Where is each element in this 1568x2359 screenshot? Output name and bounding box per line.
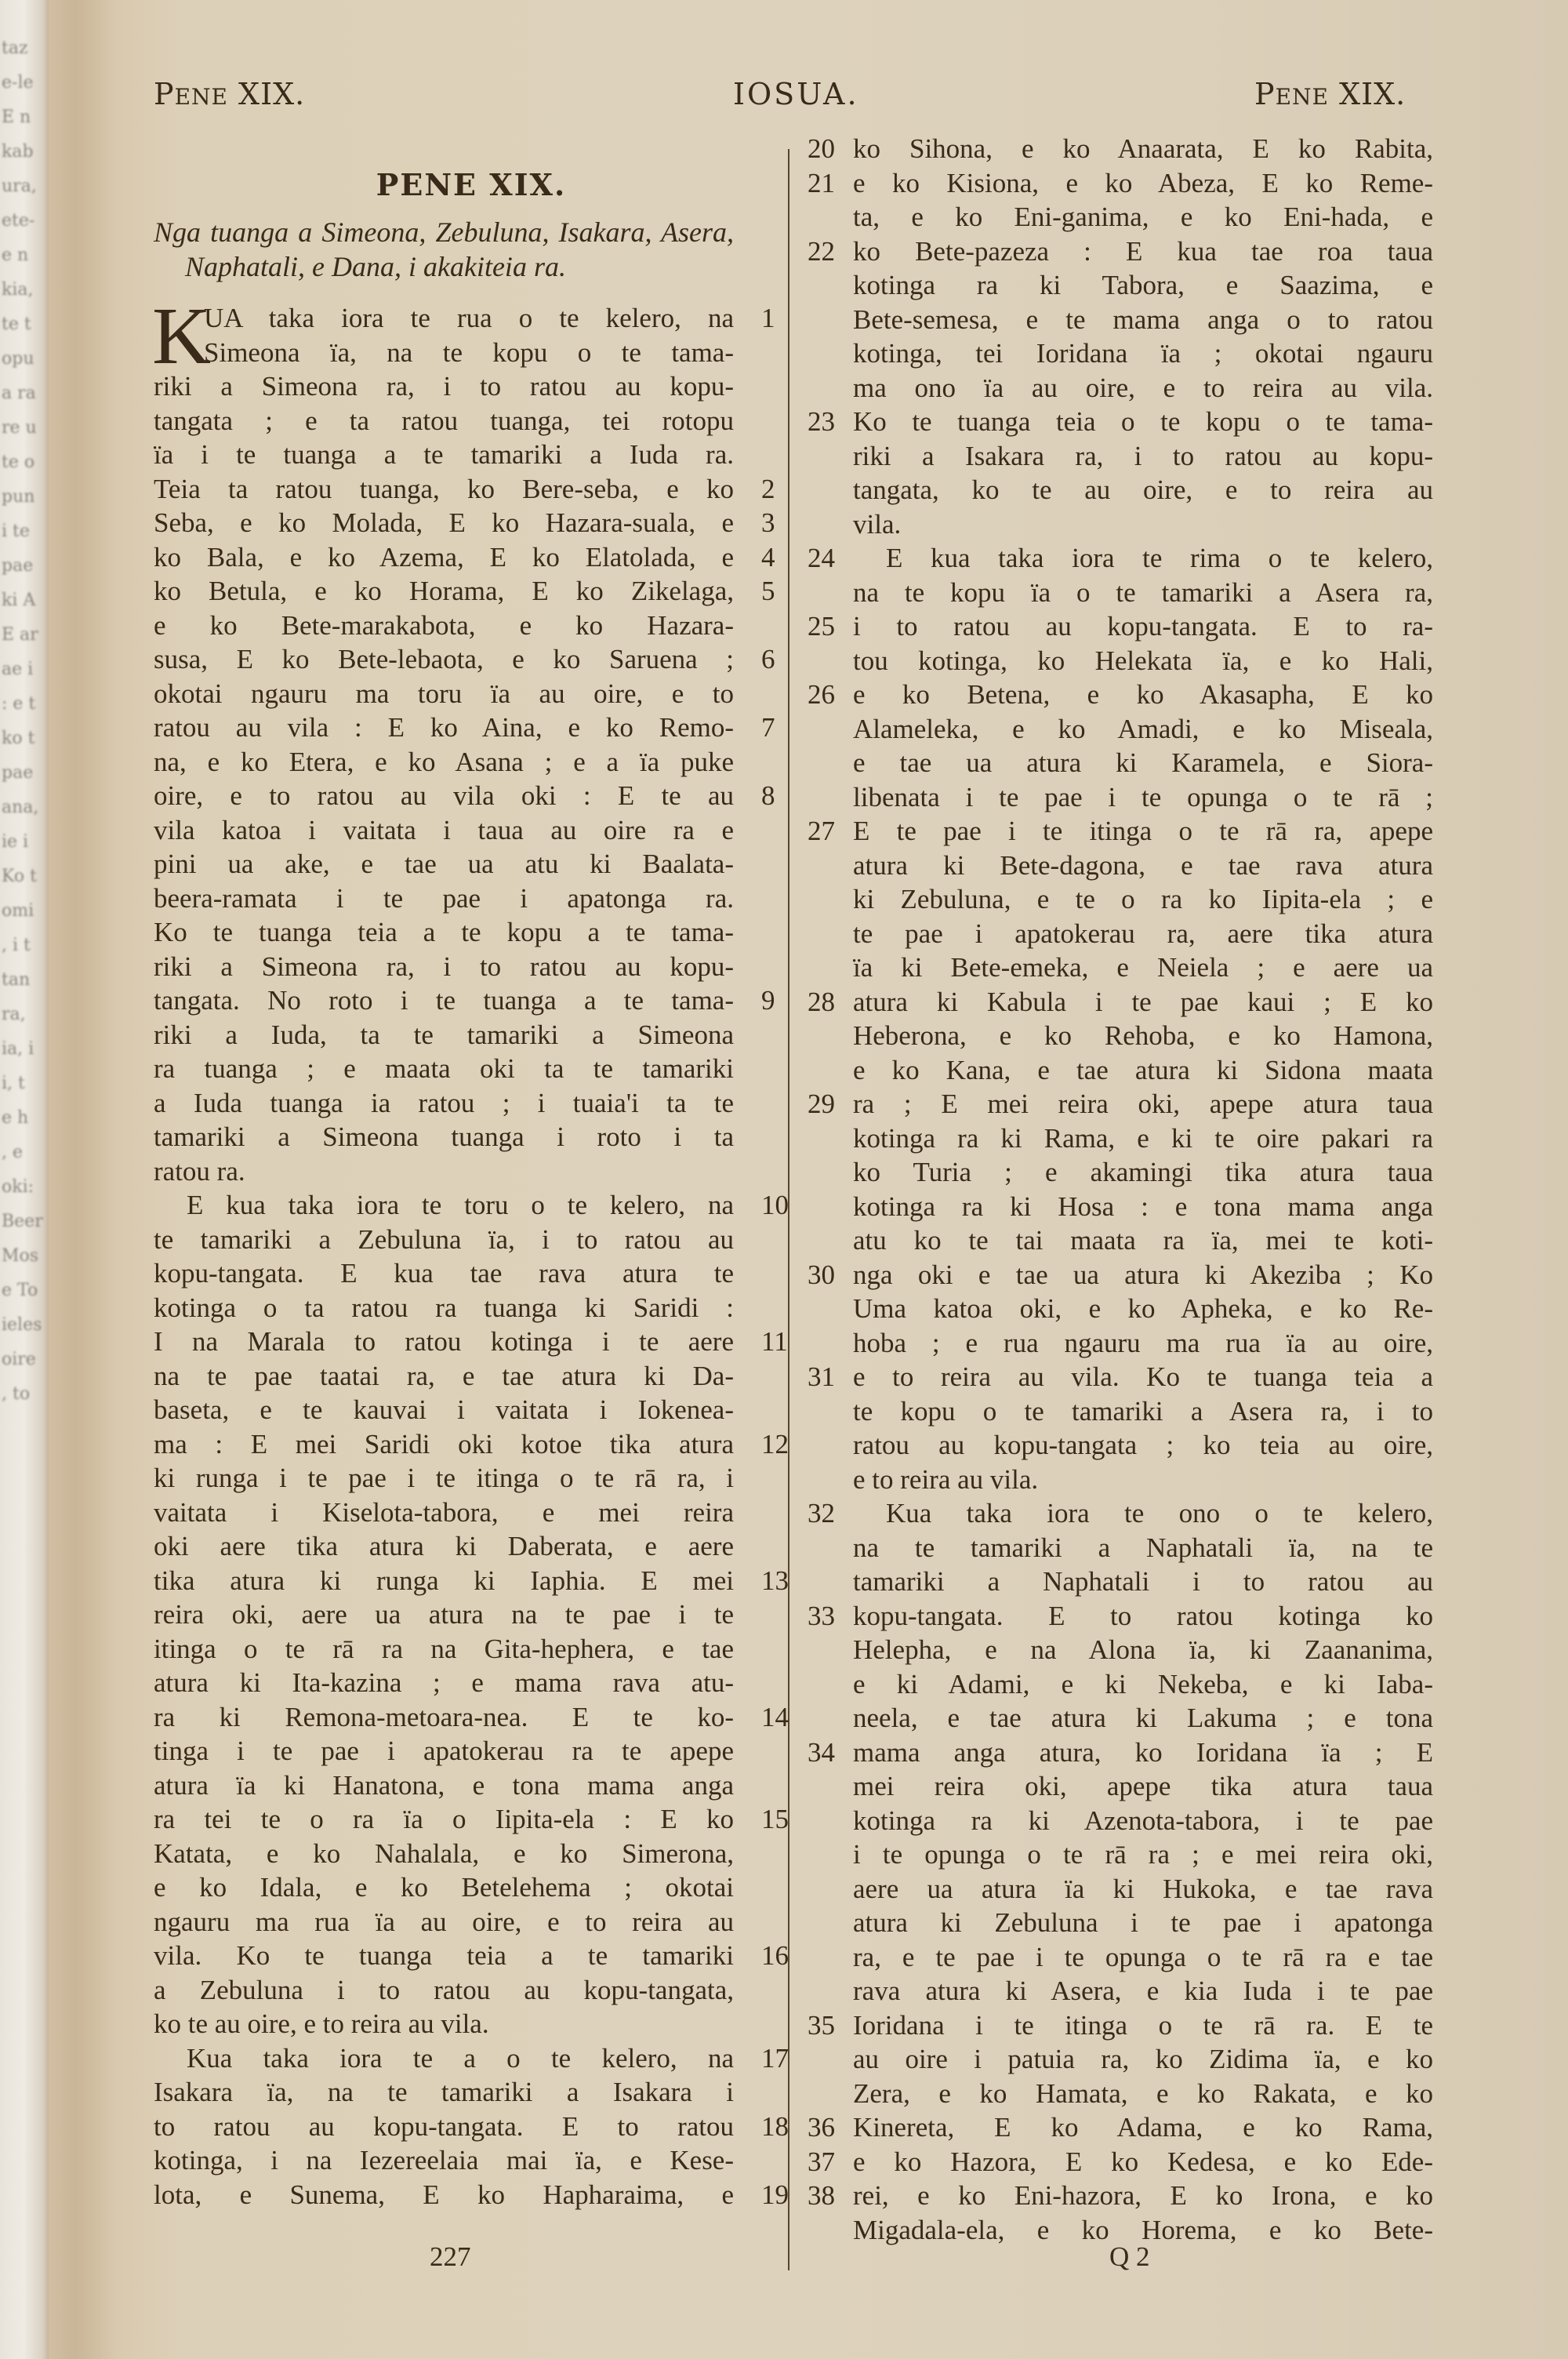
text-line: 25i to ratou au kopu-tangata. E to ra- — [808, 609, 1435, 644]
verse-number: 31 — [808, 1360, 850, 1394]
text-line: 35Ioridana i te itinga o te rā ra. E te — [808, 2008, 1435, 2043]
line-text: kotinga ra ki Azenota-tabora, i te pae — [853, 1804, 1433, 1838]
line-text: vila katoa i vaitata i taua au oire ra e — [154, 813, 734, 848]
line-text: kotinga o ta ratou ra tuanga ki Saridi : — [154, 1291, 734, 1325]
text-line: 23Ko te tuanga teia o te kopu o te tama- — [808, 405, 1435, 439]
line-text: mama anga atura, ko Ioridana ïa ; E — [853, 1736, 1433, 1770]
line-text: itinga o te rā ra na Gita-hephera, e tae — [154, 1632, 734, 1667]
text-line: E kua taka iora te toru o te kelero, na1… — [154, 1188, 734, 1223]
text-line: pini ua ake, e tae ua atu ki Baalata- — [154, 847, 734, 881]
line-text: baseta, e te kauvai i vaitata i Iokenea- — [154, 1393, 734, 1427]
text-line: te kopu o te tamariki a Asera ra, i to — [808, 1394, 1435, 1429]
line-text: to ratou au kopu-tangata. E to ratou — [154, 2110, 734, 2144]
line-text: na te pae taatai ra, e tae atura ki Da- — [154, 1359, 734, 1394]
text-line: ïa ki Bete-emeka, e Neiela ; e aere ua — [808, 951, 1435, 985]
line-text: Kinereta, E ko Adama, e ko Rama, — [853, 2110, 1433, 2145]
line-text: Kua taka iora te ono o te kelero, — [853, 1496, 1433, 1531]
text-line: ratou au vila : E ko Aina, e ko Remo-7 — [154, 711, 734, 745]
line-text: atura ki Kabula i te pae kaui ; E ko — [853, 985, 1433, 1020]
text-line: 33kopu-tangata. E to ratou kotinga ko — [808, 1599, 1435, 1634]
text-line: riki a Isakara ra, i to ratou au kopu- — [808, 439, 1435, 474]
text-line: 28atura ki Kabula i te pae kaui ; E ko — [808, 985, 1435, 1020]
line-text: ko Turia ; e akamingi tika atura taua — [853, 1155, 1433, 1190]
line-text: riki a Iuda, ta te tamariki a Simeona — [154, 1018, 734, 1052]
line-text: e to reira au vila. Ko te tuanga teia a — [853, 1360, 1433, 1394]
line-text: atura ïa ki Hanatona, e tona mama anga — [154, 1768, 734, 1803]
text-line: libenata i te pae i te opunga o te rā ; — [808, 780, 1435, 815]
verse-number: 33 — [808, 1599, 850, 1634]
line-text: okotai ngauru ma toru ïa au oire, e to — [154, 677, 734, 711]
text-line: Uma katoa oki, e ko Apheka, e ko Re- — [808, 1292, 1435, 1326]
text-line: kotinga, i na Iezereelaia mai ïa, e Kese… — [154, 2143, 734, 2178]
line-text: na, e ko Etera, e ko Asana ; e a ïa puke — [154, 745, 734, 780]
line-text: kopu-tangata. E kua tae rava atura te — [154, 1256, 734, 1291]
line-text: atura ki Zebuluna i te pae i apatonga — [853, 1906, 1433, 1940]
verse-number: 38 — [808, 2179, 850, 2213]
text-line: vila katoa i vaitata i taua au oire ra e — [154, 813, 734, 848]
text-line: ta, e ko Eni-ganima, e ko Eni-hada, e — [808, 200, 1435, 234]
line-text: UA taka iora te rua o te kelero, na — [154, 301, 734, 336]
verse-number: 20 — [808, 132, 850, 166]
text-line: kotinga ra ki Hosa : e tona mama anga — [808, 1190, 1435, 1224]
line-text: vaitata i Kiselota-tabora, e mei reira — [154, 1496, 734, 1530]
text-line: ra, e te pae i te opunga o te rā ra e ta… — [808, 1940, 1435, 1975]
right-column: 20ko Sihona, e ko Anaarata, E ko Rabita,… — [808, 132, 1435, 2247]
text-line: kotinga, tei Ioridana ïa ; okotai ngauru — [808, 336, 1435, 371]
text-line: ïa i te tuanga a te tamariki a Iuda ra. — [154, 438, 734, 472]
text-line: 38rei, e ko Eni-hazora, E ko Irona, e ko — [808, 2179, 1435, 2213]
line-text: ta, e ko Eni-ganima, e ko Eni-hada, e — [853, 200, 1433, 234]
text-line: kotinga ra ki Tabora, e Saazima, e — [808, 268, 1435, 303]
verse-number: 25 — [808, 609, 850, 644]
line-text: beera-ramata i te pae i apatonga ra. — [154, 881, 734, 916]
text-line: kopu-tangata. E kua tae rava atura te — [154, 1256, 734, 1291]
line-text: neela, e tae atura ki Lakuma ; e tona — [853, 1701, 1433, 1736]
verse-number: 23 — [808, 405, 850, 439]
text-line: okotai ngauru ma toru ïa au oire, e to — [154, 677, 734, 711]
line-text: atu ko te tai maata ra ïa, mei te koti- — [853, 1223, 1433, 1258]
verse-number: 22 — [808, 234, 850, 269]
text-line: na te kopu ïa o te tamariki a Asera ra, — [808, 576, 1435, 610]
line-text: rei, e ko Eni-hazora, E ko Irona, e ko — [853, 2179, 1433, 2213]
text-line: atura ïa ki Hanatona, e tona mama anga — [154, 1768, 734, 1803]
text-line: na te pae taatai ra, e tae atura ki Da- — [154, 1359, 734, 1394]
text-line: riki a Simeona ra, i to ratou au kopu- — [154, 369, 734, 404]
text-line: lota, e Sunema, E ko Hapharaima, e19 — [154, 2178, 734, 2212]
line-text: na te tamariki a Naphatali ïa, na te — [853, 1531, 1433, 1565]
line-text: aere ua atura ïa ki Hukoka, e tae rava — [853, 1872, 1433, 1906]
line-text: oki aere tika atura ki Daberata, e aere — [154, 1529, 734, 1564]
line-text: kotinga ra ki Tabora, e Saazima, e — [853, 268, 1433, 303]
line-text: e ko Kana, e tae atura ki Sidona maata — [853, 1053, 1433, 1088]
line-text: I na Marala to ratou kotinga i te aere — [154, 1325, 734, 1359]
text-line: susa, E ko Bete-lebaota, e ko Saruena ;6 — [154, 642, 734, 677]
text-line: i te opunga o te rā ra ; e mei reira oki… — [808, 1837, 1435, 1872]
line-text: Teia ta ratou tuanga, ko Bere-seba, e ko — [154, 472, 734, 507]
text-line: atu ko te tai maata ra ïa, mei te koti- — [808, 1223, 1435, 1258]
text-line: 34mama anga atura, ko Ioridana ïa ; E — [808, 1736, 1435, 1770]
line-text: e ko Idala, e ko Betelehema ; okotai — [154, 1870, 734, 1905]
text-line: vila. Ko te tuanga teia a te tamariki16 — [154, 1939, 734, 1973]
text-line: 27E te pae i te itinga o te rā ra, apepe — [808, 814, 1435, 849]
line-text: atura ki Bete-dagona, e tae rava atura — [853, 849, 1433, 883]
text-line: Simeona ïa, na te kopu o te tama- — [154, 336, 734, 370]
text-line: beera-ramata i te pae i apatonga ra. — [154, 881, 734, 916]
text-line: tangata. No roto i te tuanga a te tama-9 — [154, 983, 734, 1018]
line-text: i te opunga o te rā ra ; e mei reira oki… — [853, 1837, 1433, 1872]
text-line: Bete-semesa, e te mama anga o to ratou — [808, 303, 1435, 337]
line-text: susa, E ko Bete-lebaota, e ko Saruena ; — [154, 642, 734, 677]
text-line: UA taka iora te rua o te kelero, na1 — [154, 301, 734, 336]
text-line: 30nga oki e tae ua atura ki Akeziba ; Ko — [808, 1258, 1435, 1292]
text-line: I na Marala to ratou kotinga i te aere11 — [154, 1325, 734, 1359]
line-text: tamariki a Naphatali i to ratou au — [853, 1565, 1433, 1599]
line-text: Ko te tuanga teia a te kopu a te tama- — [154, 915, 734, 950]
text-line: Teia ta ratou tuanga, ko Bere-seba, e ko… — [154, 472, 734, 507]
text-line: to ratou au kopu-tangata. E to ratou18 — [154, 2110, 734, 2144]
verse-number: 32 — [808, 1496, 850, 1531]
line-text: riki a Isakara ra, i to ratou au kopu- — [853, 439, 1433, 474]
text-line: reira oki, aere ua atura na te pae i te — [154, 1598, 734, 1632]
text-line: aere ua atura ïa ki Hukoka, e tae rava — [808, 1872, 1435, 1906]
text-line: ratou au kopu-tangata ; ko teia au oire, — [808, 1428, 1435, 1463]
text-line: e ko Idala, e ko Betelehema ; okotai — [154, 1870, 734, 1905]
line-text: ratou au kopu-tangata ; ko teia au oire, — [853, 1428, 1433, 1463]
verse-number: 28 — [808, 985, 850, 1020]
text-line: hoba ; e rua ngauru ma rua ïa au oire, — [808, 1326, 1435, 1361]
line-text: e ko Kisiona, e ko Abeza, E ko Reme- — [853, 166, 1433, 201]
running-head-book-title: IOSUA. — [733, 77, 859, 111]
line-text: Simeona ïa, na te kopu o te tama- — [154, 336, 734, 370]
text-line: Ko te tuanga teia a te kopu a te tama- — [154, 915, 734, 950]
line-text: ngauru ma rua ïa au oire, e to reira au — [154, 1905, 734, 1939]
line-text: ra ki Remona-metoara-nea. E te ko- — [154, 1700, 734, 1735]
text-line: Helepha, e na Alona ïa, ki Zaananima, — [808, 1633, 1435, 1667]
text-line: 21e ko Kisiona, e ko Abeza, E ko Reme- — [808, 166, 1435, 201]
line-text: a Zebuluna i to ratou au kopu-tangata, — [154, 1973, 734, 2008]
text-line: e ki Adami, e ki Nekeba, e ki Iaba- — [808, 1667, 1435, 1702]
line-text: tou kotinga, ko Helekata ïa, e ko Hali, — [853, 644, 1433, 678]
line-text: Kua taka iora te a o te kelero, na — [154, 2041, 734, 2076]
text-line: mei reira oki, apepe tika atura taua — [808, 1769, 1435, 1804]
text-line: ma : E mei Saridi oki kotoe tika atura12 — [154, 1427, 734, 1462]
text-line: atura ki Ita-kazina ; e mama rava atu- — [154, 1666, 734, 1700]
text-line: vaitata i Kiselota-tabora, e mei reira — [154, 1496, 734, 1530]
text-line: Isakara ïa, na te tamariki a Isakara i — [154, 2075, 734, 2110]
line-text: i to ratou au kopu-tangata. E to ra- — [853, 609, 1433, 644]
line-text: tangata ; e ta ratou tuanga, tei rotopu — [154, 404, 734, 438]
text-line: 26e ko Betena, e ko Akasapha, E ko — [808, 678, 1435, 712]
line-text: ko Bala, e ko Azema, E ko Elatolada, e — [154, 540, 734, 575]
line-text: ra tuanga ; e maata oki ta te tamariki — [154, 1052, 734, 1086]
text-line: e ko Kana, e tae atura ki Sidona maata — [808, 1053, 1435, 1088]
text-line: ko te au oire, e to reira au vila. — [154, 2007, 734, 2041]
line-text: hoba ; e rua ngauru ma rua ïa au oire, — [853, 1326, 1433, 1361]
text-line: ratou ra. — [154, 1154, 734, 1189]
line-text: ïa ki Bete-emeka, e Neiela ; e aere ua — [853, 951, 1433, 985]
line-text: oire, e to ratou au vila oki : E te au — [154, 779, 734, 813]
line-text: e ko Bete-marakabota, e ko Hazara- — [154, 609, 734, 643]
text-line: kotinga ra ki Azenota-tabora, i te pae — [808, 1804, 1435, 1838]
line-text: ko te au oire, e to reira au vila. — [154, 2007, 734, 2041]
text-line: tamariki a Simeona tuanga i roto i ta — [154, 1120, 734, 1154]
line-text: a Iuda tuanga ia ratou ; i tuaia'i ta te — [154, 1086, 734, 1121]
line-text: Ioridana i te itinga o te rā ra. E te — [853, 2008, 1433, 2043]
line-text: ïa i te tuanga a te tamariki a Iuda ra. — [154, 438, 734, 472]
book-title-text: IOSUA. — [733, 77, 859, 111]
text-line: ko Betula, e ko Horama, E ko Zikelaga,5 — [154, 574, 734, 609]
verse-number: 29 — [808, 1087, 850, 1121]
line-text: te kopu o te tamariki a Asera ra, i to — [853, 1394, 1433, 1429]
text-line: 22ko Bete-pazeza : E kua tae roa taua — [808, 234, 1435, 269]
text-line: 32Kua taka iora te ono o te kelero, — [808, 1496, 1435, 1531]
line-text: ko Bete-pazeza : E kua tae roa taua — [853, 234, 1433, 269]
line-text: ki Zebuluna, e te o ra ko Iipita-ela ; e — [853, 882, 1433, 917]
text-line: 31e to reira au vila. Ko te tuanga teia … — [808, 1360, 1435, 1394]
chapter-summary: Nga tuanga a Simeona, Zebuluna, Isakara,… — [154, 216, 734, 284]
text-line: tika atura ki runga ki Iaphia. E mei13 — [154, 1564, 734, 1598]
verse-number: 26 — [808, 678, 850, 712]
line-text: tinga i te pae i apatokerau ra te apepe — [154, 1734, 734, 1768]
line-text: Heberona, e ko Rehoba, e ko Hamona, — [853, 1019, 1433, 1053]
text-line: 36Kinereta, E ko Adama, e ko Rama, — [808, 2110, 1435, 2145]
line-text: E te pae i te itinga o te rā ra, apepe — [853, 814, 1433, 849]
facing-page-blurred-text: taze-leE nkabura,ete-e nkia,te topua rar… — [2, 31, 45, 1412]
line-text: ko Sihona, e ko Anaarata, E ko Rabita, — [853, 132, 1433, 166]
line-text: ratou ra. — [154, 1154, 734, 1189]
line-text: e ko Betena, e ko Akasapha, E ko — [853, 678, 1433, 712]
line-text: kotinga, i na Iezereelaia mai ïa, e Kese… — [154, 2143, 734, 2178]
verse-number: 21 — [808, 166, 850, 201]
line-text: Helepha, e na Alona ïa, ki Zaananima, — [853, 1633, 1433, 1667]
text-line: 29ra ; E mei reira oki, apepe atura taua — [808, 1087, 1435, 1121]
line-text: ma : E mei Saridi oki kotoe tika atura — [154, 1427, 734, 1462]
text-line: e to reira au vila. — [808, 1463, 1435, 1497]
line-text: e to reira au vila. — [853, 1463, 1433, 1497]
text-line: oki aere tika atura ki Daberata, e aere — [154, 1529, 734, 1564]
line-text: ra ; E mei reira oki, apepe atura taua — [853, 1087, 1433, 1121]
line-text: libenata i te pae i te opunga o te rā ; — [853, 780, 1433, 815]
text-line: ra ki Remona-metoara-nea. E te ko-14 — [154, 1700, 734, 1735]
line-text: ko Betula, e ko Horama, E ko Zikelaga, — [154, 574, 734, 609]
line-text: Bete-semesa, e te mama anga o to ratou — [853, 303, 1433, 337]
line-text: kotinga ra ki Hosa : e tona mama anga — [853, 1190, 1433, 1224]
verse-number: 27 — [808, 814, 850, 849]
text-line: ra tei te o ra ïa o Iipita-ela : E ko15 — [154, 1802, 734, 1837]
line-text: kotinga, tei Ioridana ïa ; okotai ngauru — [853, 336, 1433, 371]
text-line: riki a Iuda, ta te tamariki a Simeona — [154, 1018, 734, 1052]
text-line: ko Turia ; e akamingi tika atura taua — [808, 1155, 1435, 1190]
verse-number: 35 — [808, 2008, 850, 2043]
text-line: itinga o te rā ra na Gita-hephera, e tae — [154, 1632, 734, 1667]
text-line: te pae i apatokerau ra, aere tika atura — [808, 917, 1435, 951]
line-text: reira oki, aere ua atura na te pae i te — [154, 1598, 734, 1632]
line-text: e ki Adami, e ki Nekeba, e ki Iaba- — [853, 1667, 1433, 1702]
text-line: 37e ko Hazora, E ko Kedesa, e ko Ede- — [808, 2145, 1435, 2179]
line-text: Ko te tuanga teia o te kopu o te tama- — [853, 405, 1433, 439]
text-line: a Iuda tuanga ia ratou ; i tuaia'i ta te — [154, 1086, 734, 1121]
text-line: Zera, e ko Hamata, e ko Rakata, e ko — [808, 2077, 1435, 2111]
line-text: ra, e te pae i te opunga o te rā ra e ta… — [853, 1940, 1433, 1975]
line-text: ra tei te o ra ïa o Iipita-ela : E ko — [154, 1802, 734, 1837]
text-line: e ko Bete-marakabota, e ko Hazara- — [154, 609, 734, 643]
text-line: Alameleka, e ko Amadi, e ko Miseala, — [808, 712, 1435, 747]
text-line: rava atura ki Asera, e kia Iuda i te pae — [808, 1974, 1435, 2008]
left-column-lines: UA taka iora te rua o te kelero, na1Sime… — [154, 301, 734, 2212]
running-head-right: PENE XIX. — [1254, 77, 1406, 111]
text-line: oire, e to ratou au vila oki : E te au8 — [154, 779, 734, 813]
line-text: Alameleka, e ko Amadi, e ko Miseala, — [853, 712, 1433, 747]
facing-page-curl: taze-leE nkabura,ete-e nkia,te topua rar… — [0, 0, 49, 2359]
line-text: riki a Simeona ra, i to ratou au kopu- — [154, 950, 734, 984]
running-head-left: PENE XIX. — [154, 77, 305, 111]
verse-number: 30 — [808, 1258, 850, 1292]
text-line: tangata ; e ta ratou tuanga, tei rotopu — [154, 404, 734, 438]
line-text: ki runga i te pae i te itinga o te rā ra… — [154, 1461, 734, 1496]
line-text: Seba, e ko Molada, E ko Hazara-suala, e — [154, 506, 734, 540]
text-line: 24E kua taka iora te rima o te kelero, — [808, 541, 1435, 576]
text-line: na, e ko Etera, e ko Asana ; e a ïa puke — [154, 745, 734, 780]
text-line: ki runga i te pae i te itinga o te rā ra… — [154, 1461, 734, 1496]
line-text: pini ua ake, e tae ua atu ki Baalata- — [154, 847, 734, 881]
line-text: atura ki Ita-kazina ; e mama rava atu- — [154, 1666, 734, 1700]
line-text: au oire i patuia ra, ko Zidima ïa, e ko — [853, 2042, 1433, 2077]
line-text: E kua taka iora te toru o te kelero, na — [154, 1188, 734, 1223]
text-line: ngauru ma rua ïa au oire, e to reira au — [154, 1905, 734, 1939]
line-text: Uma katoa oki, e ko Apheka, e ko Re- — [853, 1292, 1433, 1326]
line-text: Isakara ïa, na te tamariki a Isakara i — [154, 2075, 734, 2110]
line-text: mei reira oki, apepe tika atura taua — [853, 1769, 1433, 1804]
left-column: PENE XIX. Nga tuanga a Simeona, Zebuluna… — [154, 161, 734, 2212]
text-line: riki a Simeona ra, i to ratou au kopu- — [154, 950, 734, 984]
line-text: te pae i apatokerau ra, aere tika atura — [853, 917, 1433, 951]
line-text: vila. Ko te tuanga teia a te tamariki — [154, 1939, 734, 1973]
text-line: tinga i te pae i apatokerau ra te apepe — [154, 1734, 734, 1768]
text-line: tou kotinga, ko Helekata ïa, e ko Hali, — [808, 644, 1435, 678]
text-line: Katata, e ko Nahalala, e ko Simerona, — [154, 1837, 734, 1871]
text-line: ko Bala, e ko Azema, E ko Elatolada, e4 — [154, 540, 734, 575]
text-line: Seba, e ko Molada, E ko Hazara-suala, e3 — [154, 506, 734, 540]
text-line: ki Zebuluna, e te o ra ko Iipita-ela ; e — [808, 882, 1435, 917]
text-line: te tamariki a Zebuluna ïa, i to ratou au — [154, 1223, 734, 1257]
page-number: 227 — [430, 2241, 471, 2273]
text-line: a Zebuluna i to ratou au kopu-tangata, — [154, 1973, 734, 2008]
verse-number: 36 — [808, 2110, 850, 2145]
text-line: ra tuanga ; e maata oki ta te tamariki — [154, 1052, 734, 1086]
running-head-right-text: PENE XIX. — [1254, 77, 1406, 111]
line-text: e tae ua atura ki Karamela, e Siora- — [853, 746, 1433, 780]
text-line: 20ko Sihona, e ko Anaarata, E ko Rabita, — [808, 132, 1435, 166]
text-line: e tae ua atura ki Karamela, e Siora- — [808, 746, 1435, 780]
line-text: nga oki e tae ua atura ki Akeziba ; Ko — [853, 1258, 1433, 1292]
text-line: baseta, e te kauvai i vaitata i Iokenea- — [154, 1393, 734, 1427]
chapter-title: PENE XIX. — [154, 161, 734, 209]
right-column-lines: 20ko Sihona, e ko Anaarata, E ko Rabita,… — [808, 132, 1435, 2247]
text-line: ma ono ïa au oire, e to reira au vila. — [808, 371, 1435, 405]
text-line: tamariki a Naphatali i to ratou au — [808, 1565, 1435, 1599]
line-text: na te kopu ïa o te tamariki a Asera ra, — [853, 576, 1433, 610]
text-line: atura ki Bete-dagona, e tae rava atura — [808, 849, 1435, 883]
text-line: tangata, ko te au oire, e to reira au — [808, 473, 1435, 507]
line-text: tangata. No roto i te tuanga a te tama- — [154, 983, 734, 1018]
printer-signature-mark: Q 2 — [1109, 2241, 1150, 2273]
line-text: vila. — [853, 507, 1433, 542]
line-text: kopu-tangata. E to ratou kotinga ko — [853, 1599, 1433, 1634]
text-line: Kua taka iora te a o te kelero, na17 — [154, 2041, 734, 2076]
line-text: te tamariki a Zebuluna ïa, i to ratou au — [154, 1223, 734, 1257]
text-line: au oire i patuia ra, ko Zidima ïa, e ko — [808, 2042, 1435, 2077]
line-text: Zera, e ko Hamata, e ko Rakata, e ko — [853, 2077, 1433, 2111]
verse-number: 34 — [808, 1736, 850, 1770]
text-line: Heberona, e ko Rehoba, e ko Hamona, — [808, 1019, 1435, 1053]
line-text: riki a Simeona ra, i to ratou au kopu- — [154, 369, 734, 404]
line-text: ratou au vila : E ko Aina, e ko Remo- — [154, 711, 734, 745]
text-line: na te tamariki a Naphatali ïa, na te — [808, 1531, 1435, 1565]
line-text: kotinga ra ki Rama, e ki te oire pakari … — [853, 1121, 1433, 1156]
line-text: tangata, ko te au oire, e to reira au — [853, 473, 1433, 507]
line-text: lota, e Sunema, E ko Hapharaima, e — [154, 2178, 734, 2212]
text-line: neela, e tae atura ki Lakuma ; e tona — [808, 1701, 1435, 1736]
line-text: rava atura ki Asera, e kia Iuda i te pae — [853, 1974, 1433, 2008]
line-text: tamariki a Simeona tuanga i roto i ta — [154, 1120, 734, 1154]
line-text: e ko Hazora, E ko Kedesa, e ko Ede- — [853, 2145, 1433, 2179]
text-line: atura ki Zebuluna i te pae i apatonga — [808, 1906, 1435, 1940]
line-text: Katata, e ko Nahalala, e ko Simerona, — [154, 1837, 734, 1871]
text-line: vila. — [808, 507, 1435, 542]
verse-number: 24 — [808, 541, 850, 576]
line-text: tika atura ki runga ki Iaphia. E mei — [154, 1564, 734, 1598]
text-line: kotinga o ta ratou ra tuanga ki Saridi : — [154, 1291, 734, 1325]
verse-number: 37 — [808, 2145, 850, 2179]
running-head-left-text: PENE XIX. — [154, 77, 305, 111]
text-line: kotinga ra ki Rama, e ki te oire pakari … — [808, 1121, 1435, 1156]
line-text: E kua taka iora te rima o te kelero, — [853, 541, 1433, 576]
line-text: ma ono ïa au oire, e to reira au vila. — [853, 371, 1433, 405]
